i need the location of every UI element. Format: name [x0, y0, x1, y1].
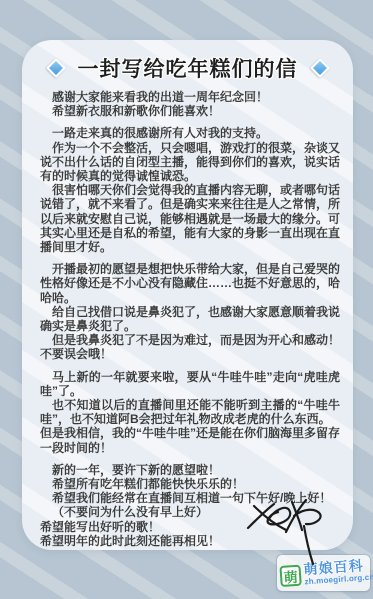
letter-paragraph: 希望新衣服和新歌你们能喜欢！: [40, 104, 340, 118]
diamond-icon: [310, 58, 330, 78]
letter-paragraph: 希望能写出好听的歌！: [40, 520, 340, 534]
letter-paragraph: 但是我相信，我的“牛哇牛哇”还是能在你们脑海里多留存一段时间的！: [40, 426, 340, 454]
letter-paragraph: 新的一年，要许下新的愿望啦！: [40, 463, 340, 477]
letter-block: 开播最初的愿望是想把快乐带给大家，但是自己爱哭的性格好像还是不小心没有隐藏住………: [40, 262, 340, 361]
letter-paragraph: 给自己找借口说是鼻炎犯了，也感谢大家愿意顺着我说确实是鼻炎犯了。: [40, 305, 340, 333]
letter-block: 新的一年，要许下新的愿望啦！希望所有吃年糕们都能快快乐乐的！希望我们能经常在直播…: [40, 463, 340, 548]
letter-paragraph: 希望明年的此时此刻还能再相见！: [40, 534, 340, 548]
letter-paragraph: 马上新的一年就要来啦，要从“牛哇牛哇”走向“虎哇虎哇”了。: [40, 370, 340, 398]
letter-header: 一封写给吃年糕们的信: [22, 54, 353, 82]
page-title: 一封写给吃年糕们的信: [78, 53, 298, 83]
letter-paragraph: 希望我们能经常在直播间互相道一句下午好/晚上好！: [40, 491, 340, 505]
diamond-icon: [46, 58, 66, 78]
letter-paragraph: 开播最初的愿望是想把快乐带给大家，但是自己爱哭的性格好像还是不小心没有隐藏住………: [40, 262, 340, 305]
letter-paragraph: 希望所有吃年糕们都能快快乐乐的！: [40, 477, 340, 491]
moegirl-watermark-inner: 萌 萌娘百科 zh.moegirl.org.cn: [279, 558, 367, 588]
letter-paragraph: 但是我鼻炎犯了不是因为难过，而是因为开心和感动！不要误会哦！: [40, 333, 340, 361]
letter-paragraph: （不要问为什么没有早上好）: [40, 505, 340, 519]
letter-paragraph: 一路走来真的很感谢所有人对我的支持。: [40, 126, 340, 140]
letter-block: 感谢大家能来看我的出道一周年纪念回！希望新衣服和新歌你们能喜欢！: [40, 90, 340, 118]
letter-block: 马上新的一年就要来啦，要从“牛哇牛哇”走向“虎哇虎哇”了。也不知道以后的直播间里…: [40, 370, 340, 455]
letter-card: 一封写给吃年糕们的信 感谢大家能来看我的出道一周年纪念回！希望新衣服和新歌你们能…: [22, 40, 353, 550]
letter-page: { "header": { "title": "一封写给吃年糕们的信", "le…: [0, 0, 373, 599]
moegirl-logo-icon: 萌: [279, 564, 301, 586]
moegirl-watermark-text: 萌娘百科 zh.moegirl.org.cn: [303, 558, 373, 587]
letter-paragraph: 很害怕哪天你们会觉得我的直播内容无聊，或者哪句话说错了，就不来看了。但是确实来来…: [40, 183, 340, 254]
letter-body: 感谢大家能来看我的出道一周年纪念回！希望新衣服和新歌你们能喜欢！一路走来真的很感…: [22, 90, 353, 548]
moegirl-watermark: 萌 萌娘百科 zh.moegirl.org.cn: [277, 555, 370, 591]
letter-paragraph: 也不知道以后的直播间里还能不能听到主播的“牛哇牛哇”，也不知道阿B会把过年礼物改…: [40, 398, 340, 426]
letter-paragraph: 作为一个不会整活，只会嗯唱，游戏打的很菜，杂谈又说不出什么话的自闭型主播，能得到…: [40, 141, 340, 184]
letter-paragraph: 感谢大家能来看我的出道一周年纪念回！: [40, 90, 340, 104]
letter-block: 一路走来真的很感谢所有人对我的支持。作为一个不会整活，只会嗯唱，游戏打的很菜，杂…: [40, 126, 340, 254]
